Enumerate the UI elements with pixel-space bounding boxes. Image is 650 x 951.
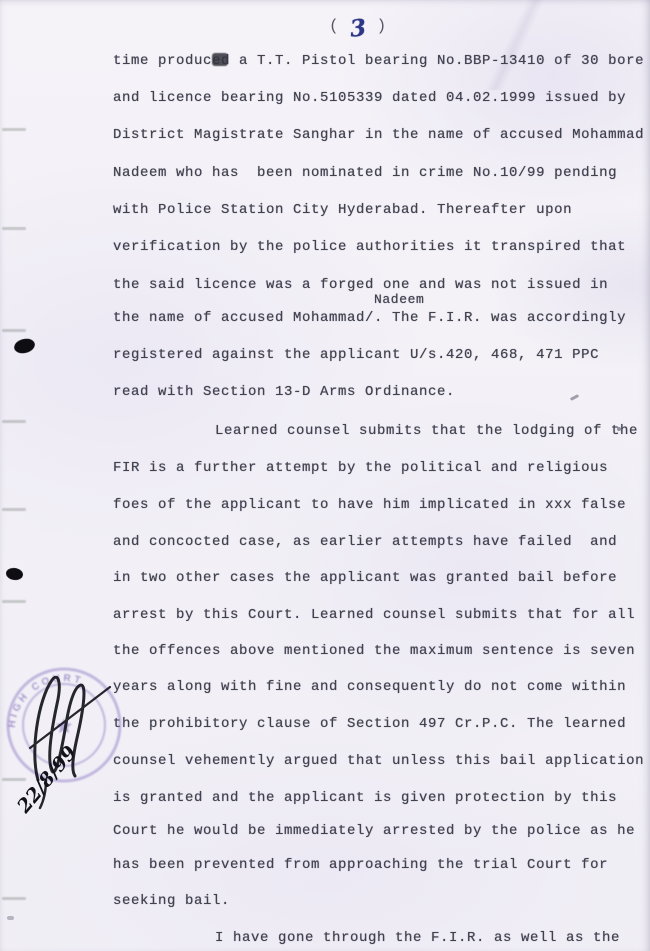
- text-line: with Police Station City Hyderabad. Ther…: [113, 200, 572, 220]
- text-line: District Magistrate Sanghar in the name …: [113, 125, 644, 145]
- margin-smudge: [2, 329, 26, 332]
- text-line: in two other cases the applicant was gra…: [113, 568, 617, 588]
- text-line: has been prevented from approaching the …: [113, 855, 608, 875]
- text-line: the offences above mentioned the maximum…: [113, 641, 635, 661]
- text-line: the said licence was a forged one and wa…: [113, 275, 608, 295]
- text-line: foes of the applicant to have him implic…: [113, 495, 626, 515]
- text-line: the name of accused Mohammad/. The F.I.R…: [113, 308, 626, 328]
- text-line: registered against the applicant U/s.420…: [113, 345, 599, 365]
- text-line: arrest by this Court. Learned counsel su…: [113, 605, 635, 625]
- text-line: FIR is a further attempt by the politica…: [113, 458, 608, 478]
- text-line: years along with fine and consequently d…: [113, 677, 626, 697]
- text-line: verification by the police authorities i…: [113, 237, 626, 257]
- ink-blot: [13, 337, 37, 356]
- ink-blot: [5, 567, 24, 581]
- page-number: ( 3 ): [329, 17, 386, 42]
- court-stamp-svg: HIGH COURT 22/8/99: [0, 628, 150, 838]
- margin-smudge: [2, 420, 26, 423]
- ink-speck: [617, 427, 621, 431]
- margin-smudge: [2, 508, 26, 511]
- text-line: Learned counsel submits that the lodging…: [215, 421, 638, 441]
- text-line: and licence bearing No.5105339 dated 04.…: [113, 88, 626, 108]
- text-line: and concocted case, as earlier attempts …: [113, 532, 617, 552]
- inserted-word: Nadeem: [374, 292, 424, 307]
- typewriter-overstrike-mark: [212, 53, 228, 66]
- page-number-open-paren: (: [329, 17, 339, 35]
- text-line: is granted and the applicant is given pr…: [113, 788, 617, 808]
- text-line: Court he would be immediately arrested b…: [113, 821, 635, 841]
- document-page: ( 3 ) time produced a T.T. Pistol bearin…: [0, 0, 650, 951]
- text-line: I have gone through the F.I.R. as well a…: [215, 928, 620, 948]
- margin-smudge: [7, 916, 14, 920]
- text-line: time produced a T.T. Pistol bearing No.B…: [113, 51, 644, 71]
- margin-smudge: [2, 600, 26, 603]
- page-number-close-paren: ): [377, 17, 387, 35]
- ink-speck: [570, 394, 579, 401]
- margin-smudge: [2, 128, 26, 131]
- stamp-and-signature: HIGH COURT 22/8/99: [0, 628, 150, 838]
- stamp-arc-text: HIGH COURT: [7, 673, 85, 729]
- page-number-digit: 3: [348, 14, 367, 43]
- margin-smudge: [2, 227, 26, 230]
- text-line: Nadeem who has been nominated in crime N…: [113, 163, 617, 183]
- text-line: the prohibitory clause of Section 497 Cr…: [113, 714, 626, 734]
- text-line: counsel vehemently argued that unless th…: [113, 751, 644, 771]
- text-line: seeking bail.: [113, 891, 230, 911]
- margin-smudge: [2, 897, 26, 900]
- text-line: read with Section 13-D Arms Ordinance.: [113, 382, 455, 402]
